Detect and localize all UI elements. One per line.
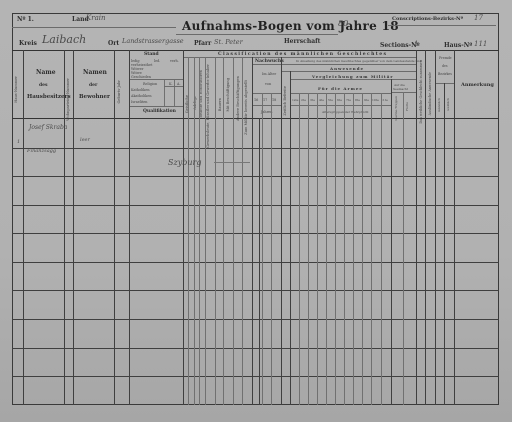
fremde-maennlich: männlich xyxy=(437,98,441,112)
nachwuchs-alter: Im Alter xyxy=(262,72,276,76)
seemacht-flotte: Flotte xyxy=(405,102,409,111)
subcol-line xyxy=(188,57,189,405)
subcol-line xyxy=(194,57,195,405)
col-line xyxy=(64,50,65,405)
classification-underline xyxy=(183,57,416,58)
nachwuchs-h1 xyxy=(252,93,281,94)
subcol-line xyxy=(403,92,404,405)
nachwuchs-h2 xyxy=(252,105,281,106)
subcol-line xyxy=(271,93,272,405)
pfarr-value[interactable]: St. Peter xyxy=(214,38,243,46)
subcol-line xyxy=(335,93,336,405)
row1-annotation[interactable]: Szyburg xyxy=(168,158,201,167)
age-group-10: 10te xyxy=(372,98,379,102)
class-bauern: Bauern xyxy=(218,98,222,111)
subcol-line xyxy=(317,93,318,405)
fremde-line2: des xyxy=(442,64,448,68)
religion-title: Religion xyxy=(143,82,157,86)
age-group-3: 3te xyxy=(310,98,315,102)
form-title: Aufnahms-Bogen vom Jahre 18 xyxy=(182,19,399,33)
kreis-label: Kreis xyxy=(19,40,37,47)
haus-label: Haus-Nº xyxy=(444,42,472,49)
subcol-line xyxy=(262,93,263,405)
religion-v1 xyxy=(164,80,165,106)
age-group-5: 5te xyxy=(328,98,333,102)
row1-bewohner[interactable]: leer xyxy=(80,137,90,143)
subcol-line xyxy=(223,57,224,405)
zeitlich-befreite: Zeitlich Befreite xyxy=(283,86,287,116)
fremde-weiblich: weiblich xyxy=(446,98,450,111)
col-line xyxy=(425,50,426,405)
subcol-line xyxy=(362,93,363,405)
seemacht-line2: Seemacht xyxy=(393,87,408,91)
row1-annotation-stroke xyxy=(214,162,250,163)
col-line xyxy=(435,50,436,405)
herrschaft-label: Herrschaft xyxy=(284,38,320,45)
subcol-line xyxy=(242,57,243,405)
religion-row-kath: Katholiken xyxy=(131,88,150,92)
row1-hausbesitzer-line2[interactable]: Finanzsagg xyxy=(27,148,56,154)
col-line xyxy=(290,71,291,405)
land-value[interactable]: Krain xyxy=(86,14,106,22)
row1-hausbesitzer[interactable]: Josef Skraba xyxy=(29,124,67,131)
col-line xyxy=(252,57,253,405)
armee-label: Für die Armee xyxy=(318,86,363,91)
col-line xyxy=(114,50,115,405)
col-wohnpartei: Wohnparteien-Nummer xyxy=(66,78,70,121)
conscription-value[interactable]: 17 xyxy=(474,14,483,22)
col-line xyxy=(129,50,130,405)
subcol-line xyxy=(353,93,354,405)
age-17: 17 xyxy=(263,98,267,102)
age-groups-underline xyxy=(290,105,391,106)
qualifikation-label: Qualifikation xyxy=(143,109,176,114)
fremde-line1: Fremde xyxy=(439,56,452,60)
stand-col-verh: verh. xyxy=(170,59,179,63)
nachwuchs-von: von xyxy=(265,82,271,86)
subcol-line xyxy=(215,57,216,405)
age-16: 16 xyxy=(254,98,258,102)
col-geburts-jahr: Geburts-Jahr xyxy=(117,80,121,103)
subcol-line xyxy=(199,57,200,405)
age-group-11: 11te xyxy=(381,98,388,102)
col-line xyxy=(73,50,74,405)
subcol-line xyxy=(381,93,382,405)
religion-v2 xyxy=(174,80,175,106)
age-18: 18 xyxy=(272,98,276,102)
vergleichung-underline xyxy=(290,79,416,80)
stand-col-ledig: led. xyxy=(154,59,160,63)
pfarr-label: Pfarr xyxy=(194,40,211,47)
form-number: Nº 1. xyxy=(17,16,34,23)
age-group-7: 7te xyxy=(346,98,351,102)
conscription-label: Conscriptions-Bezirks-Nº xyxy=(392,16,463,22)
class-militaer: Zum Militär bereits abgestellt xyxy=(244,80,248,135)
col-line xyxy=(23,50,24,405)
religion-bottom xyxy=(129,106,183,107)
age-group-1: 1ste xyxy=(292,98,298,102)
ort-value[interactable]: Landstrassergasse xyxy=(122,37,184,45)
andere-title: In Ansehung des männlichen Geschlechtes … xyxy=(296,59,421,63)
col-bewohner-line3: Bewohner xyxy=(79,94,110,100)
andere-underline xyxy=(281,64,416,65)
auslaendische-label: Ausländische Anwesende xyxy=(428,72,432,115)
armee-underline xyxy=(290,93,391,94)
age-group-9: 9te xyxy=(364,98,369,102)
class-gewerbs: Gewerbsleute, Künstler und Gewerbs-Inhab… xyxy=(206,64,210,148)
census-form-sheet: Nº 1. Land Krain Aufnahms-Bogen vom Jahr… xyxy=(0,0,512,422)
col-line xyxy=(281,57,282,405)
section-value[interactable]: 1 xyxy=(414,40,418,48)
col-line xyxy=(259,118,260,405)
nachwuchs-underline xyxy=(252,64,281,65)
religion-row-akath: Akatholiken xyxy=(131,94,152,98)
age-group-6: 6te xyxy=(337,98,342,102)
anmerkung-label: Anmerkung xyxy=(461,82,494,88)
col-line xyxy=(391,79,392,405)
header-divider-1 xyxy=(12,27,176,28)
subcol-line xyxy=(299,93,300,405)
subcol-line xyxy=(326,93,327,405)
conscription-underline xyxy=(388,25,496,26)
religion-row-isr: Israeliten xyxy=(131,100,147,104)
subcol-line xyxy=(308,93,309,405)
age-group-4: 4te xyxy=(319,98,324,102)
class-andere: Andere Beschäftigungen xyxy=(236,76,240,121)
age-group-8: 8te xyxy=(355,98,360,102)
row1-haus-nr[interactable]: 1 xyxy=(17,139,20,145)
col-line xyxy=(454,50,455,405)
col-bewohner-line2: der xyxy=(89,83,97,88)
fremde-line3: Bezirkes xyxy=(438,72,452,76)
class-mit-besch: Mit Beschäftigung xyxy=(226,78,230,112)
subcol-line xyxy=(233,57,234,405)
col-name-line1: Name xyxy=(36,69,56,76)
ort-label: Ort xyxy=(108,40,119,47)
weibliche-label: Das weibliche Geschlecht zusammen xyxy=(419,60,423,124)
col-line xyxy=(444,83,445,405)
subcol-line xyxy=(205,57,206,405)
year-value[interactable]: 80 xyxy=(338,19,348,28)
subcol-line xyxy=(344,93,345,405)
subcol-line xyxy=(371,93,372,405)
col-name-line2: des xyxy=(39,83,48,88)
title-underline xyxy=(176,34,338,35)
col-haus-nummer: Haus-Nummer xyxy=(14,76,18,103)
kreis-value[interactable]: Laibach xyxy=(42,33,86,46)
anwesende-underline xyxy=(281,71,416,72)
age-group-2: 2te xyxy=(301,98,306,102)
col-bewohner-line1: Namen xyxy=(83,69,107,76)
col-line xyxy=(416,50,417,405)
haus-value[interactable]: 111 xyxy=(474,40,487,48)
col-line xyxy=(183,50,184,405)
religion-h1 xyxy=(164,86,183,87)
stand-title: Stand xyxy=(144,52,159,57)
